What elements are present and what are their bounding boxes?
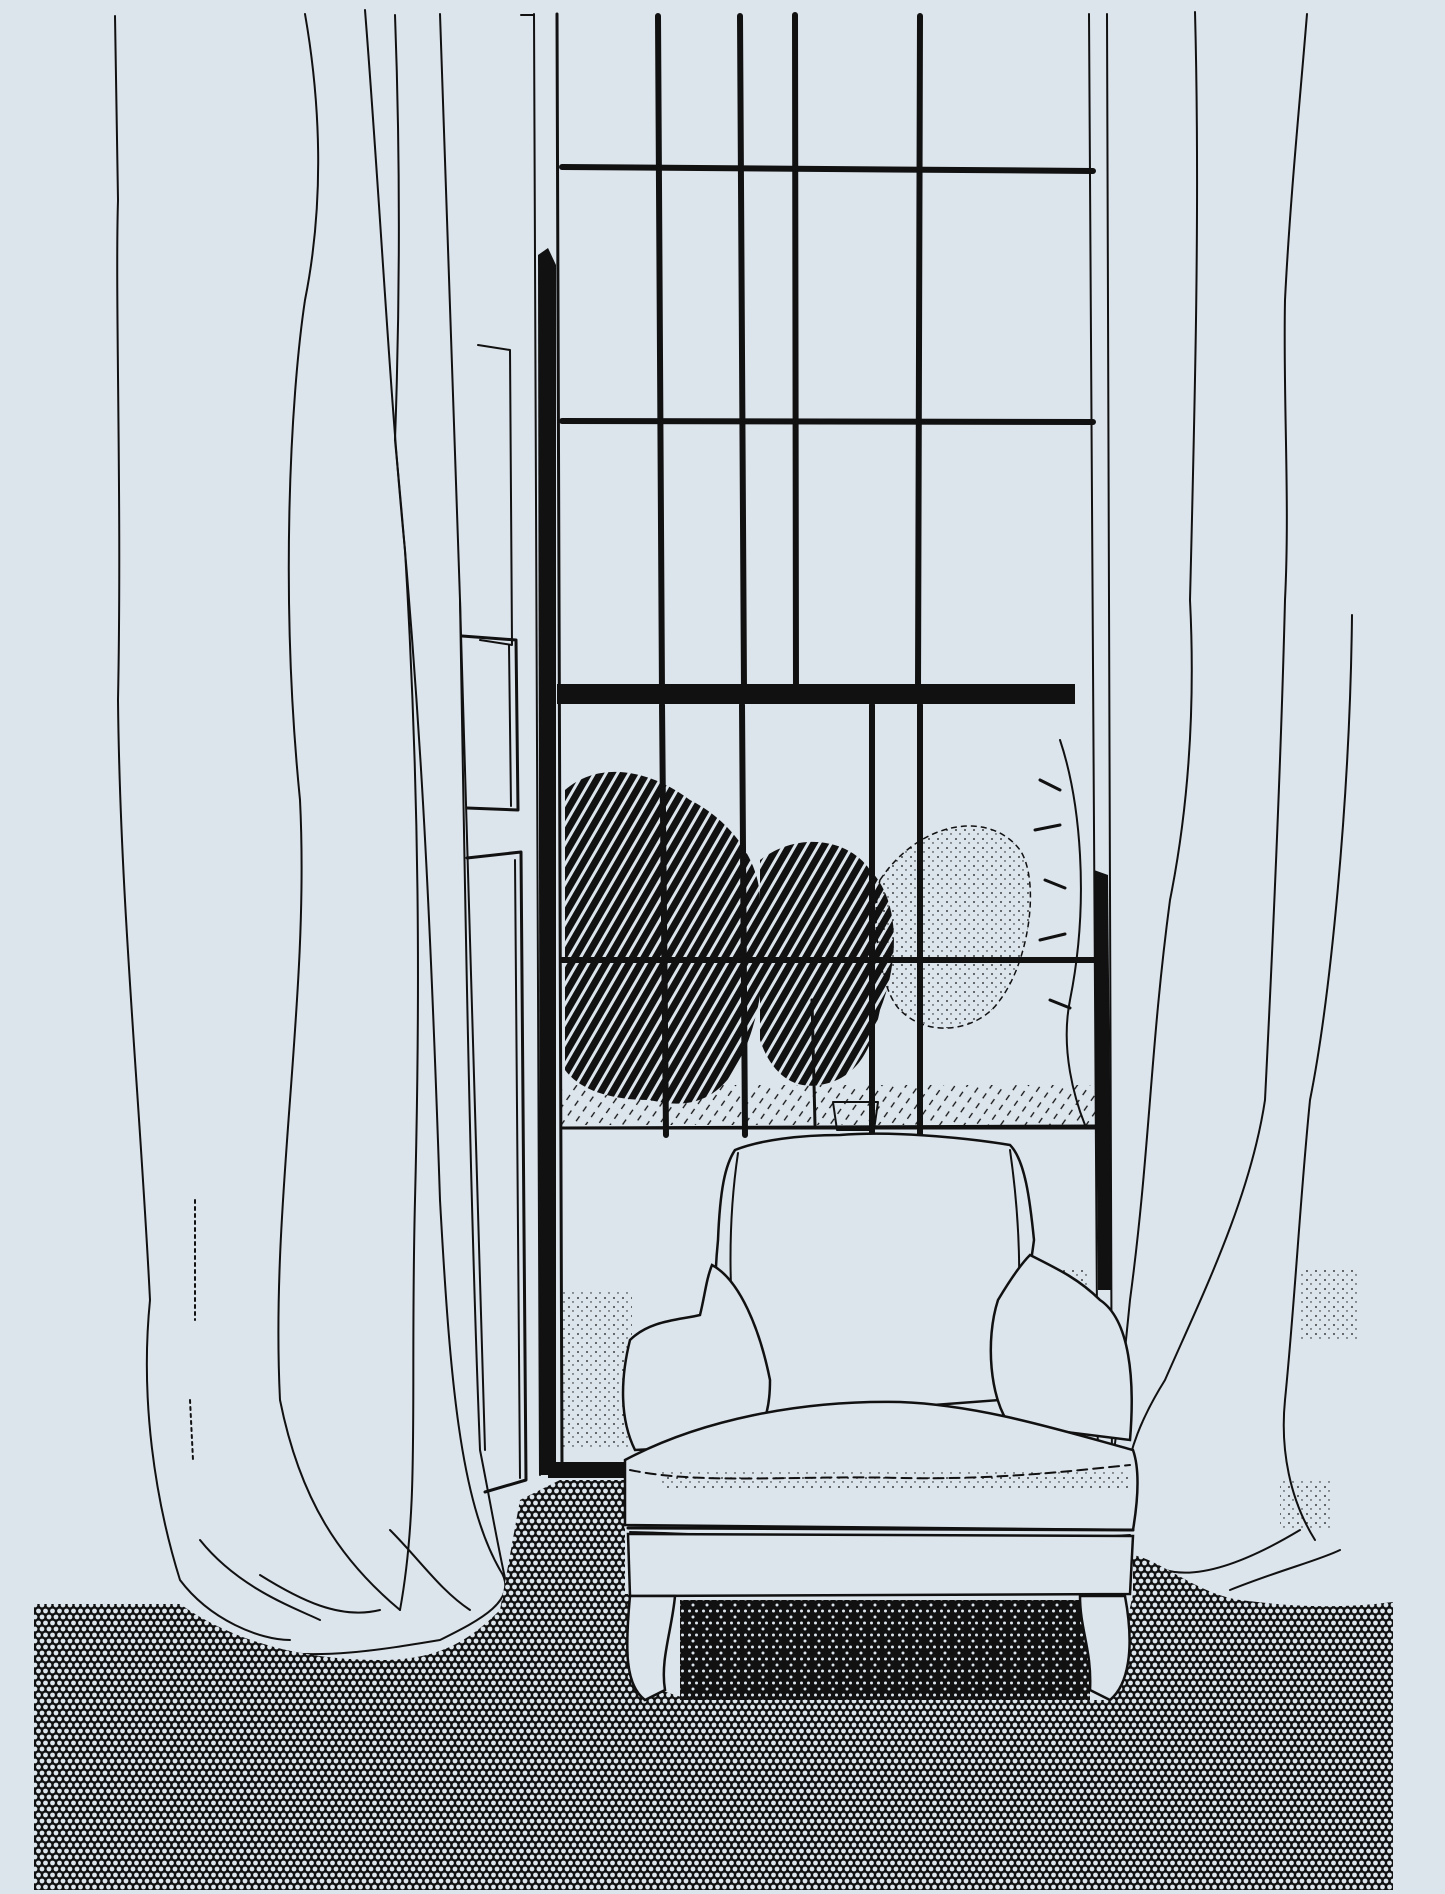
chair-shadow xyxy=(680,1600,1090,1700)
artwork-print xyxy=(0,0,1445,1894)
glazing-bar-2 xyxy=(562,421,1093,422)
muntin-2 xyxy=(795,15,796,695)
meeting-rail xyxy=(557,684,1075,704)
muntin-1 xyxy=(658,16,662,695)
chair-skirt xyxy=(628,1534,1133,1596)
glazing-bar-1 xyxy=(562,167,1093,171)
window-left-jamb xyxy=(538,248,556,1475)
